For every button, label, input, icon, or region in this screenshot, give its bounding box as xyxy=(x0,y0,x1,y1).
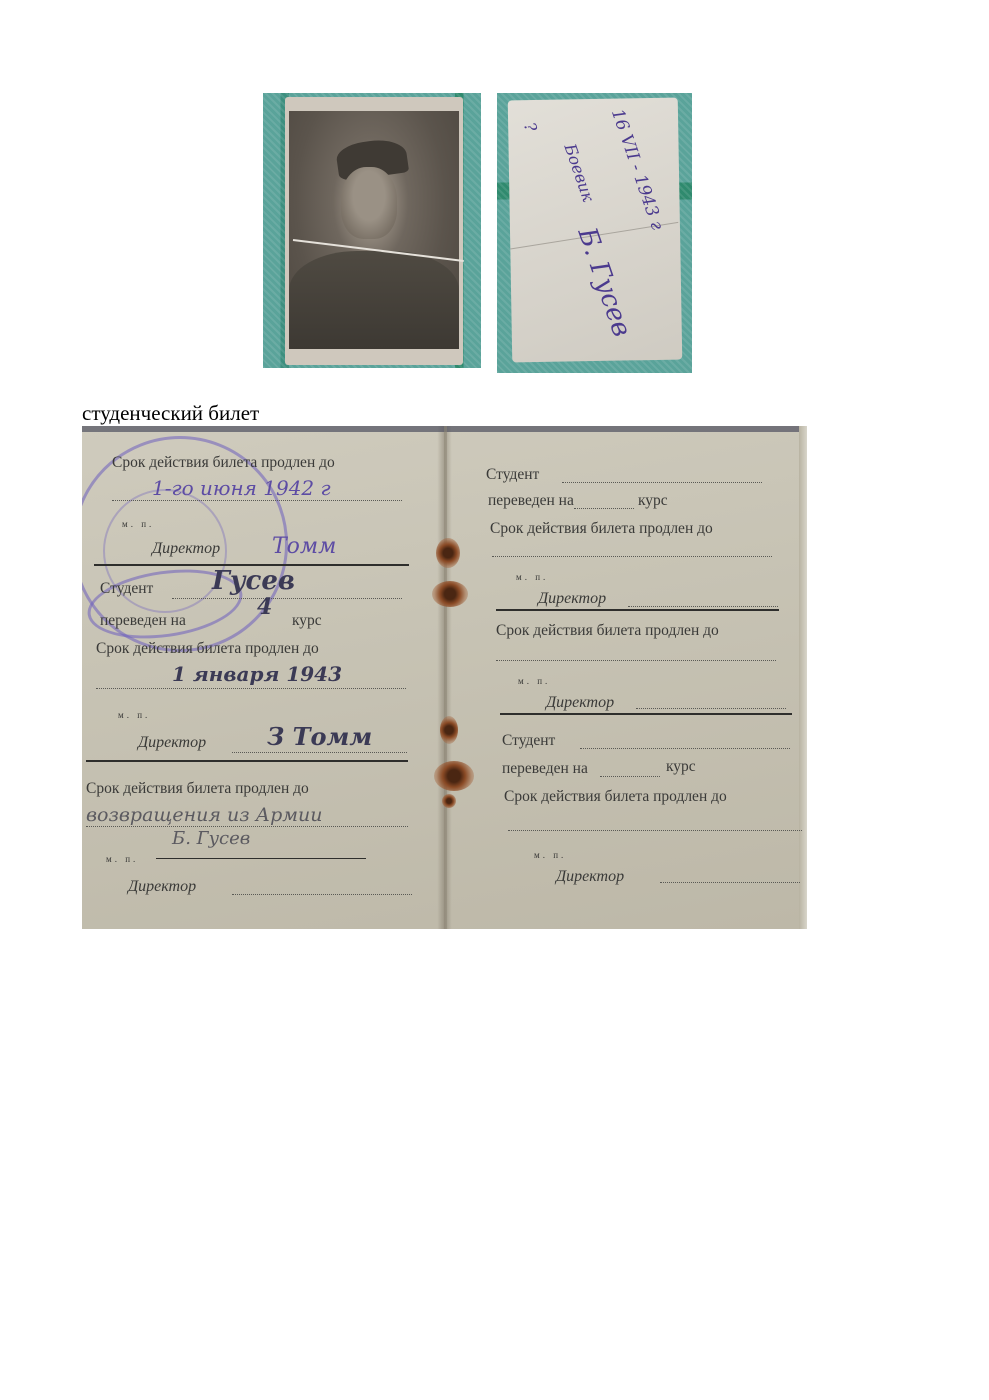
photo-back-card: ? 16 VII - 1943 г Боевик Б. Гусев xyxy=(508,98,683,363)
dotted-line xyxy=(600,776,660,777)
section-divider xyxy=(496,609,779,611)
director-signature: З Томм xyxy=(267,722,372,751)
extended-value-handwritten: 1-го июня 1942 г xyxy=(152,476,331,500)
director-signature: Томм xyxy=(272,534,336,559)
student-label: Студент xyxy=(502,732,555,750)
dotted-line xyxy=(96,688,406,689)
extended-label: Срок действия билета продлен до xyxy=(490,520,713,538)
course-label: курс xyxy=(666,758,696,776)
handwritten-signature: Б. Гусев xyxy=(572,224,637,341)
extended-value-handwritten: 1 января 1943 xyxy=(172,662,342,686)
dotted-line xyxy=(492,556,772,557)
card-spine xyxy=(444,426,447,929)
handwritten-question-mark: ? xyxy=(520,120,541,134)
extended-label: Срок действия билета продлен до xyxy=(86,780,309,798)
dotted-line xyxy=(86,826,408,827)
student-card-caption: студенческий билет xyxy=(82,401,259,425)
dotted-line xyxy=(232,894,412,895)
extended-value-handwritten: возвращения из Армии xyxy=(86,804,322,826)
soldier-portrait-photo xyxy=(263,93,481,368)
transferred-label: переведен на xyxy=(100,612,186,630)
dotted-line xyxy=(232,752,407,753)
card-left-page: Срок действия билета продлен до 1-го июн… xyxy=(82,426,442,929)
stamp-place-label: м. п. xyxy=(122,519,154,529)
director-label: Директор xyxy=(556,868,624,886)
extended-label: Срок действия билета продлен до xyxy=(112,454,335,472)
transferred-label: переведен на xyxy=(502,760,588,778)
dotted-line xyxy=(580,748,790,749)
student-card-photo: Срок действия билета продлен до 1-го июн… xyxy=(82,426,807,929)
director-label: Директор xyxy=(546,694,614,712)
card-right-page: Студент переведен на курс Срок действия … xyxy=(452,426,802,929)
dotted-line xyxy=(574,508,634,509)
face xyxy=(341,167,397,239)
dotted-line xyxy=(112,500,402,501)
photo-print xyxy=(285,97,463,365)
portrait-image xyxy=(289,111,459,349)
dotted-line xyxy=(172,598,402,599)
extended-label: Срок действия билета продлен до xyxy=(504,788,727,806)
course-label: курс xyxy=(638,492,668,510)
dotted-line xyxy=(636,708,786,709)
director-label: Директор xyxy=(128,878,196,896)
dotted-line xyxy=(496,660,776,661)
student-name-handwritten: Гусев xyxy=(212,566,295,596)
stamp-place-label: м. п. xyxy=(516,572,548,582)
course-value-handwritten: 4 xyxy=(257,594,272,620)
student-label: Студент xyxy=(100,580,153,598)
handwritten-place: Боевик xyxy=(560,141,598,204)
photo-reverse-side: ? 16 VII - 1943 г Боевик Б. Гусев xyxy=(497,93,692,373)
stamp-place-label: м. п. xyxy=(534,850,566,860)
dotted-line xyxy=(660,882,800,883)
stamp-place-label: м. п. xyxy=(518,676,550,686)
tunic xyxy=(289,251,459,349)
dotted-line xyxy=(562,482,762,483)
director-label: Директор xyxy=(138,734,206,752)
section-divider xyxy=(500,713,792,715)
section-divider xyxy=(86,760,408,762)
extended-label: Срок действия билета продлен до xyxy=(96,640,319,658)
stamp-place-label: м. п. xyxy=(118,710,150,720)
pencil-line xyxy=(156,858,366,859)
transferred-label: переведен на xyxy=(488,492,574,510)
dotted-line xyxy=(628,606,778,607)
director-label: Директор xyxy=(152,540,220,558)
student-label: Студент xyxy=(486,466,539,484)
stamp-place-label: м. п. xyxy=(106,854,138,864)
extended-value-signature: Б. Гусев xyxy=(172,828,250,849)
course-label: курс xyxy=(292,612,322,630)
extended-label: Срок действия билета продлен до xyxy=(496,622,719,640)
director-label: Директор xyxy=(538,590,606,608)
handwritten-date: 16 VII - 1943 г xyxy=(607,106,667,232)
dotted-line xyxy=(508,830,802,831)
